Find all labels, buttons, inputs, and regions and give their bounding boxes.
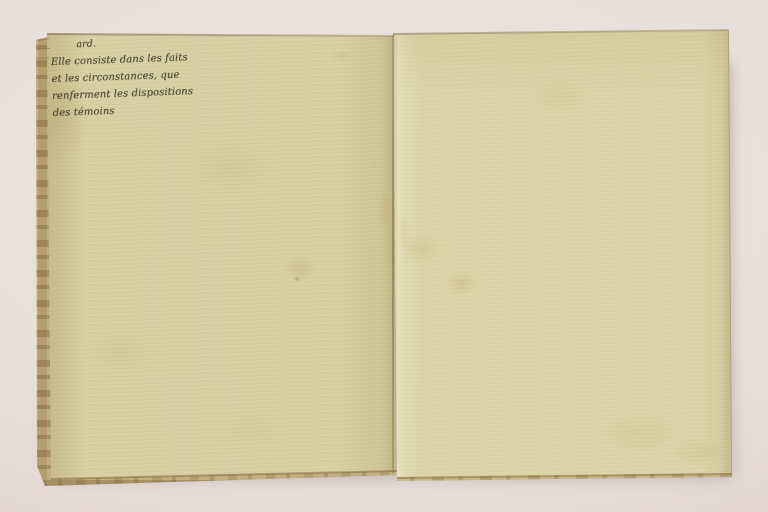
manuscript-photo: ard. Elle consiste dans les faits et les… [0,0,768,512]
handwritten-annotation: ard. Elle consiste dans les faits et les… [50,31,223,122]
center-fold-crease [392,35,394,473]
